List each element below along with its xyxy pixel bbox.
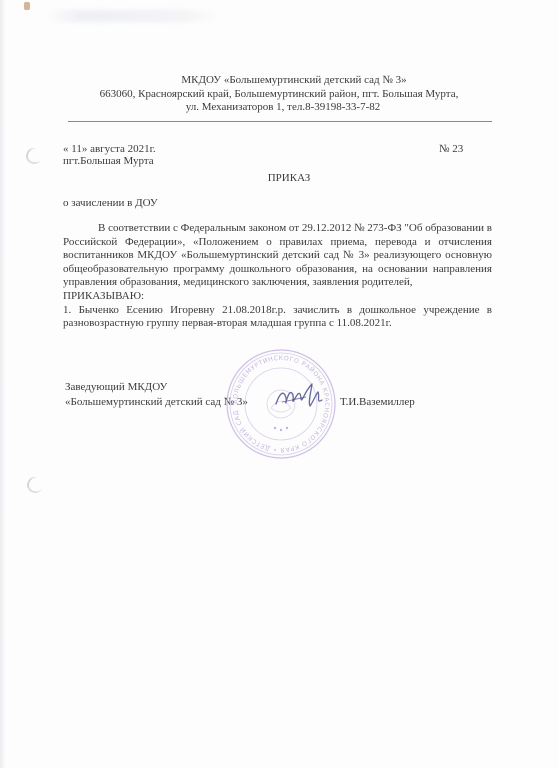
order-place: пгт.Большая Мурта bbox=[63, 155, 154, 169]
order-body: В соответствии с Федеральным законом от … bbox=[63, 222, 492, 331]
letterhead-org-name: МКДОУ «Большемуртинский детский сад № 3» bbox=[0, 74, 558, 88]
punch-hole-top bbox=[24, 146, 45, 167]
document-title: ПРИКАЗ bbox=[0, 172, 558, 186]
scan-artifact-smudge bbox=[48, 10, 218, 22]
body-line: Российской Федерации», «Положением о пра… bbox=[63, 236, 492, 250]
letterhead-address: 663060, Красноярский край, Большемуртинс… bbox=[0, 88, 558, 102]
scan-left-edge-shadow bbox=[0, 0, 6, 768]
punch-hole-bottom bbox=[25, 475, 46, 496]
body-line: В соответствии с Федеральным законом от … bbox=[63, 222, 492, 236]
signatory-name: Т.И.Ваземиллер bbox=[340, 396, 415, 410]
scan-artifact-mark bbox=[24, 2, 30, 10]
body-line: общеобразовательную программу дошкольног… bbox=[63, 263, 492, 277]
letterhead: МКДОУ «Большемуртинский детский сад № 3»… bbox=[0, 74, 558, 115]
order-item-line: разновозрастную группу первая-вторая мла… bbox=[63, 317, 492, 331]
letterhead-divider bbox=[68, 121, 492, 122]
document-subject: о зачислении в ДОУ bbox=[63, 197, 158, 211]
order-word: ПРИКАЗЫВАЮ: bbox=[63, 290, 492, 304]
scanned-document-page: МКДОУ «Большемуртинский детский сад № 3»… bbox=[0, 0, 558, 768]
signatory-organization: «Большемуртинский детский сад № 3» bbox=[65, 396, 248, 410]
signatory-role: Заведующий МКДОУ bbox=[65, 381, 167, 395]
body-line: управления образования, медицинского зак… bbox=[63, 276, 492, 290]
order-number: № 23 bbox=[439, 143, 463, 157]
letterhead-street-phone: ул. Механизаторов 1, тел.8-39198-33-7-82 bbox=[0, 101, 558, 115]
body-line: воспитанников МКДОУ «Большемуртинский де… bbox=[63, 249, 492, 263]
signature-icon bbox=[272, 382, 330, 412]
order-item-line: 1. Быченко Есению Игоревну 21.08.2018г.р… bbox=[63, 304, 492, 318]
